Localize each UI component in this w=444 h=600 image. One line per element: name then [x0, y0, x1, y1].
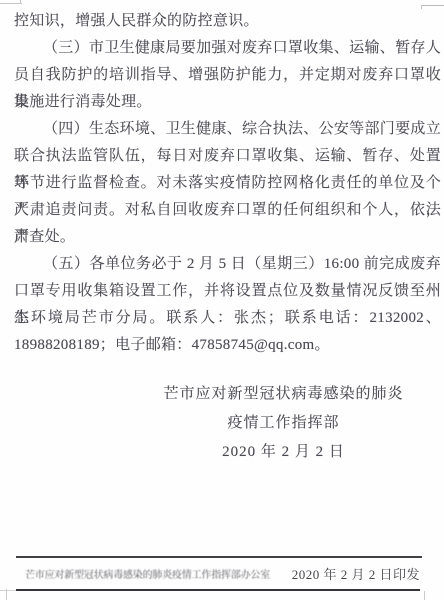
signature-block: 芒市应对新型冠状病毒感染的肺炎 疫情工作指挥部 2020 年 2 月 2 日 [120, 380, 444, 467]
body-line: 18988208189；电子邮箱：47858745@qq.com。 [14, 332, 441, 359]
body-line: （四）生态环境、卫生健康、综合执法、公安等部门要成立 [14, 116, 441, 143]
scan-artifact-top-left-tick [20, 0, 21, 4]
footer-issue-date: 2020 年 2 月 2 日印发 [292, 564, 422, 583]
body-line: （三）市卫生健康局要加强对废弃口罩收集、运输、暂存人 [14, 35, 441, 62]
signature-org-line-1: 芒市应对新型冠状病毒感染的肺炎 [120, 380, 444, 409]
body-line: （五）各单位务必于 2 月 5 日（星期三）16:00 前完成废弃 [14, 251, 441, 278]
signature-org-line-2: 疫情工作指挥部 [120, 409, 444, 438]
document-body: 控知识，增强人民群众的防控意识。 （三）市卫生健康局要加强对废弃口罩收集、运输、… [14, 8, 441, 359]
scan-artifact-bottom-left [0, 590, 16, 591]
body-line: 设施进行消毒处理。 [14, 89, 441, 116]
body-line: 环节进行监督检查。对未落实疫情防控网格化责任的单位及个人， [14, 170, 441, 197]
body-line: 联合执法监管队伍，每日对废弃口罩收集、运输、暂存、处置等 [14, 143, 441, 170]
scan-artifact-top-right [421, 5, 444, 6]
footer-office-name: 芒市应对新型冠状病毒感染的肺炎疫情工作指挥部办公室 [16, 566, 270, 581]
scan-artifact-bottom-left-tick [6, 589, 7, 600]
footer-rule-top [16, 556, 422, 558]
body-line: 肃查处。 [14, 224, 441, 251]
signature-date: 2020 年 2 月 2 日 [120, 438, 444, 467]
footer-rule-bottom [16, 589, 420, 591]
scan-artifact-top-left [0, 3, 22, 4]
body-line: 员自我防护的培训指导、增强防护能力，并定期对废弃口罩收集 [14, 62, 441, 89]
scan-artifact-bottom-right-tick [424, 591, 425, 600]
body-line: 严肃追责问责。对私自回收废弃口罩的任何组织和个人，依法严 [14, 197, 441, 224]
document-page: 控知识，增强人民群众的防控意识。 （三）市卫生健康局要加强对废弃口罩收集、运输、… [0, 0, 444, 600]
body-line: 控知识，增强人民群众的防控意识。 [14, 8, 441, 35]
body-line: 口罩专用收集箱设置工作，并将设置点位及数量情况反馈至州生 [14, 278, 441, 305]
body-line: 态环境局芒市分局。联系人：张杰；联系电话：2132002、 [14, 305, 441, 332]
document-footer: 芒市应对新型冠状病毒感染的肺炎疫情工作指挥部办公室 2020 年 2 月 2 日… [16, 560, 422, 587]
